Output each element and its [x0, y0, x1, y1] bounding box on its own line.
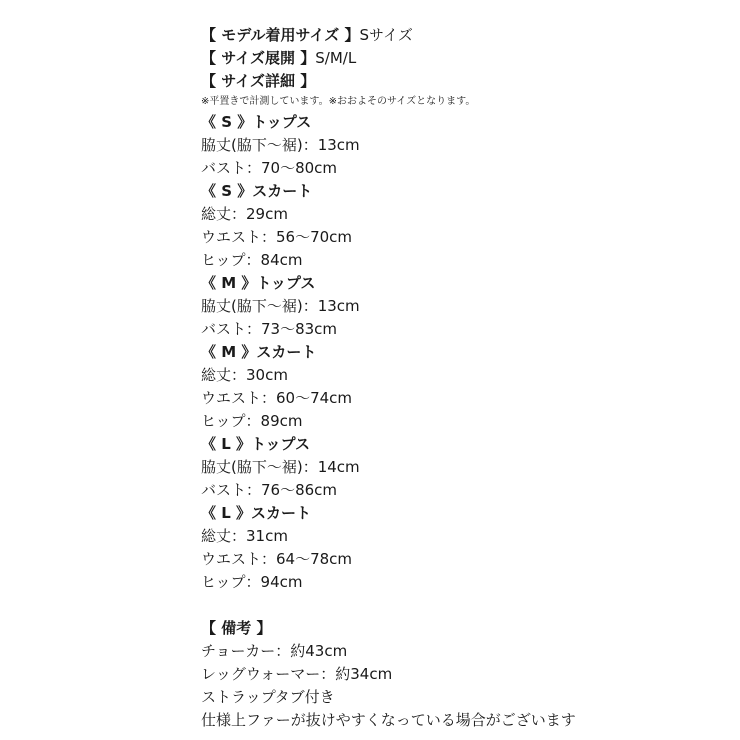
measurement-row: 脇丈(脇下〜裾)：13cm	[201, 295, 721, 318]
section-title-m-tops: 《 M 》トップス	[201, 272, 721, 295]
remark-row: チョーカー：約43cm	[201, 640, 721, 663]
measurement-row: 脇丈(脇下〜裾)：14cm	[201, 456, 721, 479]
section-title-l-skirt: 《 L 》スカート	[201, 502, 721, 525]
measurement-row: ヒップ：94cm	[201, 571, 721, 594]
size-detail-line: 【 サイズ詳細 】	[201, 70, 721, 93]
measurement-row: バスト：73〜83cm	[201, 318, 721, 341]
remark-row: 仕様上ファーが抜けやすくなっている場合がございます	[201, 709, 721, 732]
size-range-label: 【 サイズ展開 】	[201, 49, 315, 67]
measurement-row: 総丈：29cm	[201, 203, 721, 226]
remark-row: ストラップタブ付き	[201, 686, 721, 709]
measurement-row: ヒップ：84cm	[201, 249, 721, 272]
size-range-line: 【 サイズ展開 】S/M/L	[201, 47, 721, 70]
measurement-row: 脇丈(脇下〜裾)：13cm	[201, 134, 721, 157]
model-size-label: 【 モデル着用サイズ 】	[201, 26, 360, 44]
remark-row: レッグウォーマー：約34cm	[201, 663, 721, 686]
size-detail-label: 【 サイズ詳細 】	[201, 72, 315, 90]
model-size-value: Sサイズ	[360, 26, 413, 44]
measurement-row: 総丈：31cm	[201, 525, 721, 548]
model-size-line: 【 モデル着用サイズ 】Sサイズ	[201, 24, 721, 47]
size-info-document: 【 モデル着用サイズ 】Sサイズ 【 サイズ展開 】S/M/L 【 サイズ詳細 …	[201, 24, 721, 732]
measurement-row: 総丈：30cm	[201, 364, 721, 387]
measurement-row: ヒップ：89cm	[201, 410, 721, 433]
measurement-row: ウエスト：64〜78cm	[201, 548, 721, 571]
section-title-s-skirt: 《 S 》スカート	[201, 180, 721, 203]
section-title-l-tops: 《 L 》トップス	[201, 433, 721, 456]
remarks-title: 【 備考 】	[201, 617, 721, 640]
size-range-value: S/M/L	[315, 49, 356, 67]
measurement-row: ウエスト：60〜74cm	[201, 387, 721, 410]
measurement-row: バスト：76〜86cm	[201, 479, 721, 502]
measurement-note: ※平置きで計測しています。※おおよそのサイズとなります。	[201, 93, 721, 111]
section-title-m-skirt: 《 M 》スカート	[201, 341, 721, 364]
measurement-row: ウエスト：56〜70cm	[201, 226, 721, 249]
section-title-s-tops: 《 S 》トップス	[201, 111, 721, 134]
spacer	[201, 594, 721, 617]
measurement-row: バスト：70〜80cm	[201, 157, 721, 180]
